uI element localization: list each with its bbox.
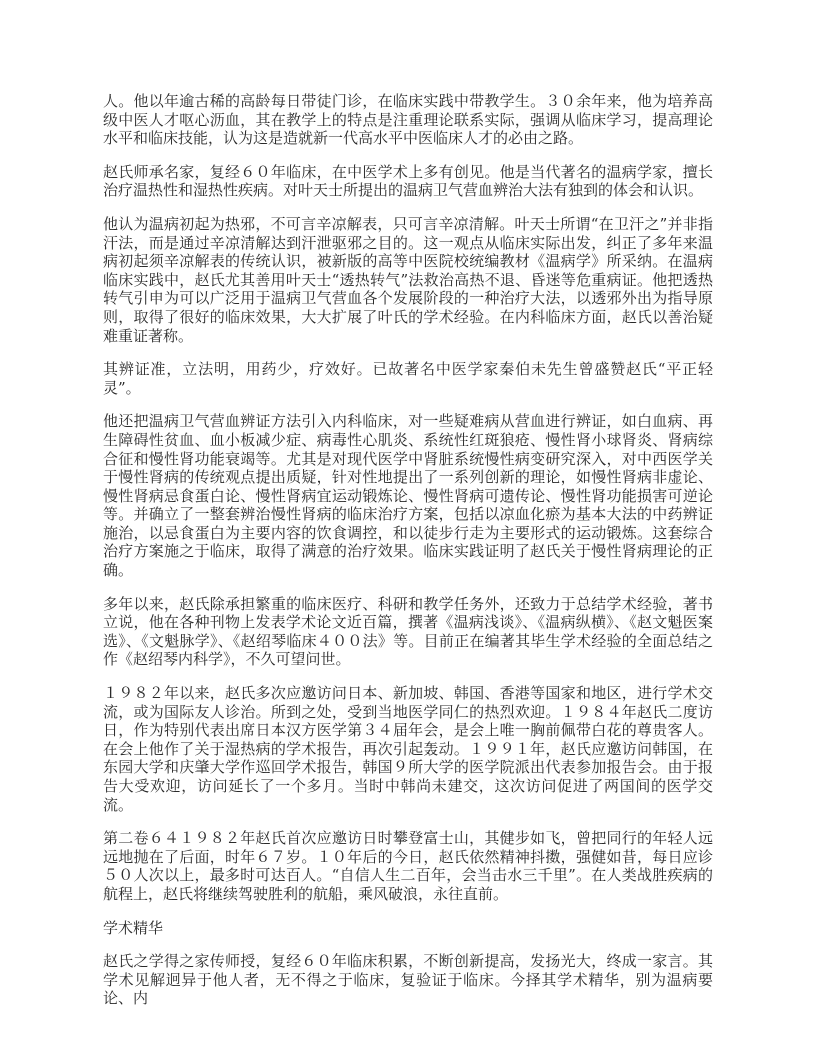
paragraph: 他还把温病卫气营血辨证方法引入内科临床，对一些疑难病从营血进行辨证，如白血病、再… <box>103 412 713 579</box>
document-page: 人。他以年逾古稀的高龄每日带徒门诊，在临床实践中带教学生。３０余年来，他为培养高… <box>0 0 816 1056</box>
paragraph: 人。他以年逾古稀的高龄每日带徒门诊，在临床实践中带教学生。３０余年来，他为培养高… <box>103 92 713 148</box>
paragraph: 其辨证准，立法明，用药少，疗效好。已故著名中医学家秦伯未先生曾盛赞赵氏“平正轻灵… <box>103 360 713 397</box>
paragraph: 他认为温病初起为热邪，不可言辛凉解表，只可言辛凉清解。叶天士所谓“在卫汗之”并非… <box>103 215 713 345</box>
paragraph: 多年以来，赵氏除承担繁重的临床医疗、科研和教学任务外，还致力于总结学术经验，著书… <box>103 595 713 669</box>
paragraph: １９８２年以来，赵氏多次应邀访问日本、新加坡、韩国、香港等国家和地区，进行学术交… <box>103 684 713 814</box>
paragraph: 第二卷６４１９８２年赵氏首次应邀访日时攀登富士山，其健步如飞，曾把同行的年轻人远… <box>103 829 713 903</box>
paragraph: 赵氏之学得之家传师授，复经６０年临床积累，不断创新提高，发扬光大，终成一家言。其… <box>103 952 713 1008</box>
paragraph: 赵氏师承名家，复经６０年临床，在中医学术上多有创见。他是当代著名的温病学家，擅长… <box>103 163 713 200</box>
section-heading: 学术精华 <box>103 919 713 938</box>
